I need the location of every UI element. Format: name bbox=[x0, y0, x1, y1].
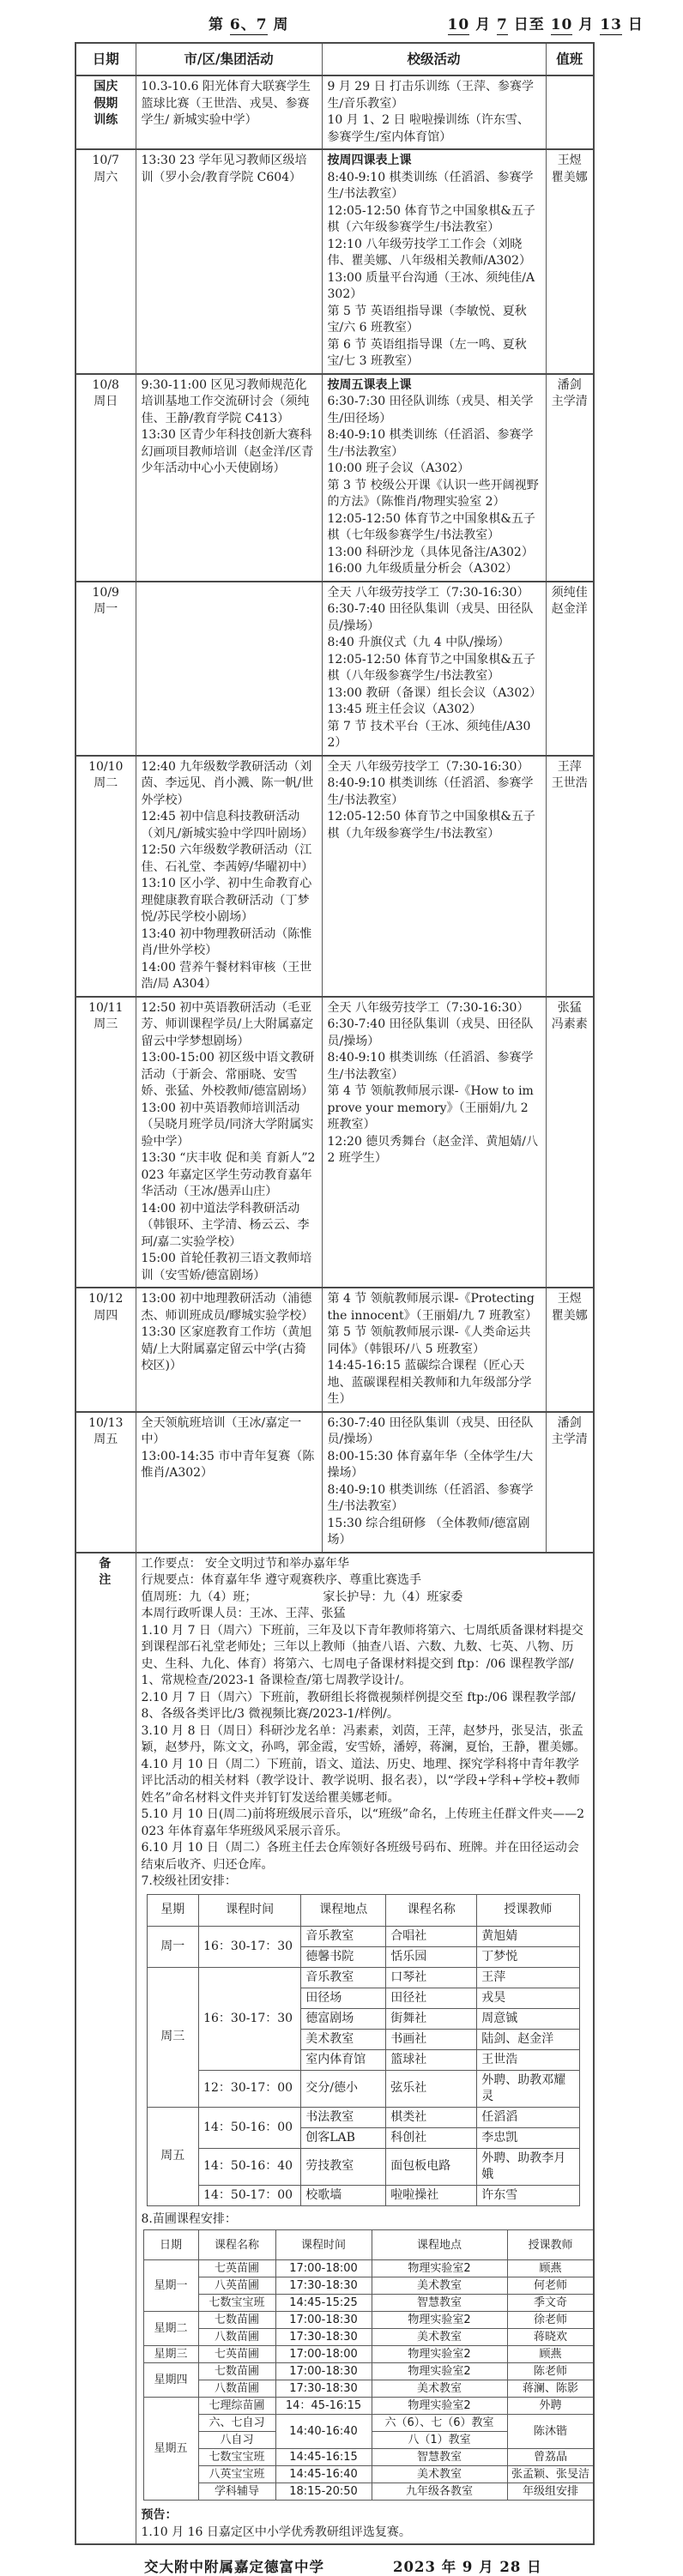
date-line: 10/10 bbox=[82, 759, 130, 776]
week-number-title: 第 6、7 周 bbox=[209, 12, 289, 33]
nursery-table-intro: 8.苗圃课程安排： bbox=[142, 2211, 589, 2229]
club-time-cell: 16：30-17：30 bbox=[199, 1967, 301, 2070]
activity-line: 13:30 23 学年见习教师区级培训（罗小会/教育学院 C604） bbox=[142, 153, 317, 186]
activity-line: 12:50 六年级数学教研活动（江佳、石礼堂、李茜婷/华曜初中） bbox=[142, 842, 317, 876]
club-teacher-cell: 许东雪 bbox=[477, 2185, 579, 2205]
title-text: 月 bbox=[572, 16, 600, 33]
date-cell: 10/11周三 bbox=[76, 997, 136, 1288]
club-place-cell: 交分/德小 bbox=[301, 2070, 386, 2107]
nursery-place-cell: 美术教室 bbox=[372, 2329, 507, 2346]
duty-name: 主学清 bbox=[552, 394, 589, 411]
note-meta-line: 值周班：九（4）班； 家长护导：九（4）班家委 bbox=[142, 1590, 589, 1607]
date-line: 10/13 bbox=[82, 1415, 130, 1433]
club-row: 周一16：30-17：30音乐教室合唱社黄旭婧 bbox=[147, 1926, 579, 1946]
activity-line: 全天 八年级劳技学工（7:30-16:30） bbox=[328, 585, 541, 602]
nursery-teacher-cell: 陈沐锴 bbox=[507, 2415, 594, 2449]
nursery-course-name-cell: 七数宝宝班 bbox=[198, 2449, 275, 2466]
duty-name: 王世浩 bbox=[552, 775, 589, 793]
nursery-teacher-cell: 外聘 bbox=[507, 2398, 594, 2415]
nursery-course-name-cell: 七理综苗圃 bbox=[198, 2398, 275, 2415]
nursery-row: 八数苗圃17:30-18:30美术教室蒋澜、陈影 bbox=[143, 2380, 594, 2398]
club-name-cell: 街舞社 bbox=[386, 2008, 477, 2029]
nursery-place-cell: 美术教室 bbox=[372, 2277, 507, 2295]
nursery-place-cell: 美术教室 bbox=[372, 2380, 507, 2398]
column-header: 课程名称 bbox=[386, 1894, 477, 1926]
club-teacher-cell: 任滔滔 bbox=[477, 2107, 579, 2127]
activity-line: 16:00 九年级质量分析会（A302） bbox=[328, 561, 541, 578]
nursery-teacher-cell: 顾燕 bbox=[507, 2346, 594, 2363]
date-line: 周五 bbox=[82, 1432, 130, 1449]
club-name-cell: 篮球社 bbox=[386, 2049, 477, 2070]
title-bar: 第 6、7 周 10 月 7 日至 10 月 13 日 bbox=[0, 12, 683, 33]
duty-name: 冯素素 bbox=[552, 1017, 589, 1034]
nursery-place-cell: 物理实验室2 bbox=[372, 2398, 507, 2415]
activity-line: 14:00 初中道法学科教研活动（韩银环、主学清、杨云云、李珂/嘉二实验学校） bbox=[142, 1201, 317, 1252]
school-activities-cell: 第 4 节 领航教师展示课-《Protecting the innocent》（… bbox=[322, 1288, 546, 1412]
activity-line: 第 6 节 英语组指导课（左一鸣、夏秋宝/七 3 班教室） bbox=[328, 337, 541, 371]
nursery-row: 星期三七英苗圃17:00-18:00物理实验室2顾燕 bbox=[143, 2346, 594, 2363]
club-time-cell: 14：50-17：00 bbox=[199, 2185, 301, 2205]
nursery-place-cell: 智慧教室 bbox=[372, 2295, 507, 2312]
activity-line: 第 7 节 技术平台（王冰、须纯佳/A302） bbox=[328, 719, 541, 752]
nursery-teacher-cell: 徐老师 bbox=[507, 2312, 594, 2329]
duty-name: 赵金洋 bbox=[552, 601, 589, 618]
date-cell: 10/8周日 bbox=[76, 374, 136, 582]
nursery-row: 学科辅导18:15-20:50九年级各教室年级组安排 bbox=[143, 2483, 594, 2501]
activity-line: 按周五课表上课 bbox=[328, 377, 541, 395]
activity-line: 按周四课表上课 bbox=[328, 153, 541, 170]
district-activities-cell: 13:00 初中地理教研活动（浦德杰、师训班成员/疁城实验学校）13:30 区家… bbox=[136, 1288, 322, 1412]
activity-line: 12:05-12:50 体育节之中国象棋&五子棋（六年级参赛学生/书法教室） bbox=[328, 203, 541, 237]
nursery-time-cell: 14:45-15:25 bbox=[275, 2295, 372, 2312]
nursery-place-cell: 物理实验室2 bbox=[372, 2260, 507, 2277]
date-line: 周四 bbox=[82, 1308, 130, 1325]
duty-name: 张猛 bbox=[552, 1000, 589, 1017]
activity-line: 全天 八年级劳技学工（7:30-16:30） bbox=[328, 759, 541, 776]
duty-name: 王萍 bbox=[552, 759, 589, 776]
nursery-place-cell: 九年级各教室 bbox=[372, 2483, 507, 2501]
nursery-time-cell: 14:45-16:40 bbox=[275, 2466, 372, 2483]
nursery-course-name-cell: 六、七自习 bbox=[198, 2415, 275, 2432]
club-teacher-cell: 外聘、助教邓耀灵 bbox=[477, 2070, 579, 2107]
district-activities-cell: 9:30-11:00 区见习教师规范化培训基地工作交流研讨会（须纯佳、王静/教育… bbox=[136, 374, 322, 582]
district-activities-cell: 12:40 九年级数学教研活动（刘茵、李远见、肖小溅、陈一帆/世外学校）12:4… bbox=[136, 756, 322, 997]
date-cell: 10/13周五 bbox=[76, 1412, 136, 1553]
activity-line: 13:30 区青少年科技创新大赛科幻画项目教师培训（赵金洋/区青少年活动中心小天… bbox=[142, 427, 317, 478]
issue-date: 2023 年 9 月 28 日 bbox=[393, 2555, 542, 2576]
nursery-day-cell: 星期二 bbox=[143, 2312, 198, 2346]
nursery-time-cell: 18:15-20:50 bbox=[275, 2483, 372, 2501]
nursery-place-cell: 美术教室 bbox=[372, 2466, 507, 2483]
activity-line: 15:00 首轮任教初三语文教师培训（安雪娇/德富剧场） bbox=[142, 1251, 317, 1284]
activity-line: 全天 八年级劳技学工（7:30-16:30） bbox=[328, 1000, 541, 1017]
club-place-cell: 田径场 bbox=[301, 1988, 386, 2008]
preview-line: 1.10 月 16 日嘉定区中小学优秀教研组评选复赛。 bbox=[142, 2525, 589, 2542]
duty-cell: 潘剑主学清 bbox=[546, 1412, 594, 1553]
duty-cell: 须纯佳赵金洋 bbox=[546, 582, 594, 756]
duty-name: 潘剑 bbox=[552, 377, 589, 395]
activity-line: 全天领航班培训（王冰/嘉定一中） bbox=[142, 1415, 317, 1449]
club-place-cell: 德富剧场 bbox=[301, 2008, 386, 2029]
school-activities-cell: 全天 八年级劳技学工（7:30-16:30）6:30-7:40 田径队集训（戎昊… bbox=[322, 997, 546, 1288]
nursery-course-name-cell: 八自习 bbox=[198, 2432, 275, 2449]
school-activities-cell: 按周五课表上课6:30-7:30 田径队训练（戎昊、相关学生/田径场）8:40-… bbox=[322, 374, 546, 582]
nursery-course-table: 日期课程名称课程时间课程地点授课教师星期一七英苗圃17:00-18:00物理实验… bbox=[143, 2229, 595, 2501]
activity-line: 第 5 节 英语组指导课（李敏悦、夏秋宝/六 6 班教室） bbox=[328, 304, 541, 337]
underlined-text: 10 bbox=[551, 16, 573, 35]
schedule-row: 国庆假期训练10.3-10.6 阳光体育大联赛学生篮球比赛（王世浩、戎昊、参赛学… bbox=[76, 75, 594, 149]
activity-line: 12:10 八年级劳技学工工作会（刘晓伟、瞿美娜、八年级相关教师/A302） bbox=[328, 237, 541, 270]
nursery-day-cell: 星期四 bbox=[143, 2363, 198, 2398]
club-row: 周三16：30-17：30音乐教室口琴社王萍 bbox=[147, 1967, 579, 1988]
district-activities-cell: 13:30 23 学年见习教师区级培训（罗小会/教育学院 C604） bbox=[136, 149, 322, 374]
notes-label-char: 备 bbox=[82, 1556, 130, 1573]
activity-line: 6:30-7:30 田径队训练（戎昊、相关学生/田径场） bbox=[328, 394, 541, 427]
nursery-course-name-cell: 八英宝宝班 bbox=[198, 2466, 275, 2483]
title-text: 日至 bbox=[508, 16, 551, 33]
note-meta-line: 行规要点：体育嘉年华 遵守观赛秩序、尊重比赛选手 bbox=[142, 1572, 589, 1590]
underlined-text: 13 bbox=[600, 16, 622, 35]
nursery-course-name-cell: 七英苗圃 bbox=[198, 2346, 275, 2363]
underlined-text: 7 bbox=[497, 16, 508, 35]
nursery-time-cell: 17:30-18:30 bbox=[275, 2329, 372, 2346]
date-line: 周三 bbox=[82, 1017, 130, 1034]
footer: 交大附中附属嘉定德富中学 2023 年 9 月 28 日 bbox=[0, 2555, 683, 2576]
school-activities-cell: 6:30-7:40 田径队集训（戎昊、田径队员/操场）8:00-15:30 体育… bbox=[322, 1412, 546, 1553]
school-activities-cell: 全天 八年级劳技学工（7:30-16:30）6:30-7:40 田径队集训（戎昊… bbox=[322, 582, 546, 756]
nursery-time-cell: 14:45-16:15 bbox=[275, 2449, 372, 2466]
date-line: 周日 bbox=[82, 394, 130, 411]
weekly-schedule-table: 日期市/区/集团活动校级活动值班国庆假期训练10.3-10.6 阳光体育大联赛学… bbox=[75, 42, 595, 2545]
activity-line: 6:30-7:40 田径队集训（戎昊、田径队员/操场） bbox=[328, 601, 541, 635]
schedule-row: 10/12周四13:00 初中地理教研活动（浦德杰、师训班成员/疁城实验学校）1… bbox=[76, 1288, 594, 1412]
note-item-line: 4.10 月 10 日（周二）下班前，语文、道法、历史、地理、探究学科将中青年教… bbox=[142, 1757, 589, 1807]
date-line: 周一 bbox=[82, 601, 130, 618]
nursery-place-cell: 八（1）教室 bbox=[372, 2432, 507, 2449]
activity-line: 13:00 初中地理教研活动（浦德杰、师训班成员/疁城实验学校） bbox=[142, 1291, 317, 1324]
note-item-line: 3.10 月 8 日（周日）科研沙龙名单：冯素素，刘茵，王萍，赵梦丹，张旻洁，张… bbox=[142, 1723, 589, 1757]
column-header: 市/区/集团活动 bbox=[136, 43, 322, 75]
club-day-cell: 周三 bbox=[147, 1967, 199, 2107]
club-name-cell: 恬乐园 bbox=[386, 1946, 477, 1967]
club-name-cell: 棋类社 bbox=[386, 2107, 477, 2127]
activity-line: 14:45-16:15 蓝碳综合课程（匠心天地、蓝碳课程相关教师和九年级部分学生… bbox=[328, 1358, 541, 1409]
club-name-cell: 口琴社 bbox=[386, 1967, 477, 1988]
activity-line: 13:00 初中英语教师培训活动（吴晓月班学员/同济大学附属实验中学） bbox=[142, 1101, 317, 1151]
club-day-cell: 周五 bbox=[147, 2107, 199, 2205]
activity-line: 14:00 营养午餐材料审核（王世浩/局 A304） bbox=[142, 960, 317, 993]
notes-label-char: 注 bbox=[82, 1572, 130, 1590]
note-meta-line: 本周行政听课人员：王冰、王萍、张猛 bbox=[142, 1606, 589, 1623]
notes-label-cell: 备注 bbox=[76, 1553, 136, 2545]
nursery-day-cell: 星期一 bbox=[143, 2260, 198, 2312]
club-place-cell: 美术教室 bbox=[301, 2029, 386, 2049]
club-name-cell: 面包板电路 bbox=[386, 2148, 477, 2185]
activity-line: 10:00 班子会议（A302） bbox=[328, 461, 541, 478]
club-teacher-cell: 黄旭婧 bbox=[477, 1926, 579, 1946]
club-teacher-cell: 戎昊 bbox=[477, 1988, 579, 2008]
nursery-course-name-cell: 八数苗圃 bbox=[198, 2380, 275, 2398]
school-name: 交大附中附属嘉定德富中学 bbox=[144, 2555, 324, 2576]
date-cell: 10/7周六 bbox=[76, 149, 136, 374]
schedule-row: 10/10周二12:40 九年级数学教研活动（刘茵、李远见、肖小溅、陈一帆/世外… bbox=[76, 756, 594, 997]
schedule-row: 10/11周三12:50 初中英语教研活动（毛亚芳、师训课程学员/上大附属嘉定留… bbox=[76, 997, 594, 1288]
activity-line: 13:00-15:00 初区级中语文教研活动（于新会、常丽晓、安雪娇、张猛、外校… bbox=[142, 1050, 317, 1101]
club-table-intro: 7.校级社团安排： bbox=[142, 1873, 589, 1891]
activity-line: 第 3 节 校级公开课《认识一些开阔视野的方法》（陈惟肖/物理实验室 2） bbox=[328, 478, 541, 511]
activity-line: 第 4 节 领航教师展示课-《How to improve your memor… bbox=[328, 1083, 541, 1134]
club-schedule-table: 星期课程时间课程地点课程名称授课教师周一16：30-17：30音乐教室合唱社黄旭… bbox=[147, 1894, 580, 2206]
activity-line: 10.3-10.6 阳光体育大联赛学生篮球比赛（王世浩、戎昊、参赛学生/ 新城实… bbox=[142, 79, 317, 130]
nursery-place-cell: 智慧教室 bbox=[372, 2449, 507, 2466]
column-header: 课程名称 bbox=[198, 2230, 275, 2260]
activity-line: 13:30 区家庭教育工作坊（黄旭婧/上大附属嘉定留云中学(古猗校区)） bbox=[142, 1324, 317, 1375]
duty-name: 潘剑 bbox=[552, 1415, 589, 1433]
activity-line: 8:40-9:10 棋类训练（任滔滔、参赛学生/书法教室） bbox=[328, 427, 541, 461]
activity-line: 12:40 九年级数学教研活动（刘茵、李远见、肖小溅、陈一帆/世外学校） bbox=[142, 759, 317, 810]
title-text: 月 bbox=[469, 16, 497, 33]
nursery-day-cell: 星期五 bbox=[143, 2398, 198, 2501]
column-header: 课程地点 bbox=[301, 1894, 386, 1926]
note-item-line: 1.10 月 7 日（周六）下班前，三年及以下青年教师将第六、七周纸质备课材料提… bbox=[142, 1623, 589, 1690]
nursery-place-cell: 六（6）、七（6）教室 bbox=[372, 2415, 507, 2432]
note-item-line: 6.10 月 10 日（周二）各班主任去仓库领好各班级号码布、班牌。并在田径运动… bbox=[142, 1840, 589, 1873]
schedule-row: 10/8周日9:30-11:00 区见习教师规范化培训基地工作交流研讨会（须纯佳… bbox=[76, 374, 594, 582]
nursery-time-cell: 17:00-18:30 bbox=[275, 2312, 372, 2329]
note-meta-line: 工作要点： 安全文明过节和举办嘉年华 bbox=[142, 1556, 589, 1573]
nursery-row: 星期五七理综苗圃14：45-16:15物理实验室2外聘 bbox=[143, 2398, 594, 2415]
activity-line: 第 4 节 领航教师展示课-《Protecting the innocent》（… bbox=[328, 1291, 541, 1324]
activity-line: 8:40-9:10 棋类训练（任滔滔、参赛学生/书法教室） bbox=[328, 1050, 541, 1083]
column-header: 授课教师 bbox=[507, 2230, 594, 2260]
duty-name: 王煜 bbox=[552, 153, 589, 170]
activity-line: 12:05-12:50 体育节之中国象棋&五子棋（八年级参赛学生/书法教室） bbox=[328, 652, 541, 685]
activity-line: 8:40 升旗仪式（九 4 中队/操场） bbox=[328, 635, 541, 652]
nursery-course-name-cell: 七英苗圃 bbox=[198, 2260, 275, 2277]
nursery-row: 星期一七英苗圃17:00-18:00物理实验室2顾燕 bbox=[143, 2260, 594, 2277]
nursery-teacher-cell: 顾燕 bbox=[507, 2260, 594, 2277]
activity-line: 12:45 初中信息科技教研活动（刘凡/新城实验中学四叶剧场） bbox=[142, 809, 317, 842]
column-header: 课程时间 bbox=[199, 1894, 301, 1926]
activity-line: 12:05-12:50 体育节之中国象棋&五子棋（七年级参赛学生/书法教室） bbox=[328, 511, 541, 545]
duty-cell: 张猛冯素素 bbox=[546, 997, 594, 1288]
school-activities-cell: 全天 八年级劳技学工（7:30-16:30）8:40-9:10 棋类训练（任滔滔… bbox=[322, 756, 546, 997]
district-activities-cell: 全天领航班培训（王冰/嘉定一中）13:00-14:35 市中青年复赛（陈惟肖/A… bbox=[136, 1412, 322, 1553]
club-teacher-cell: 周意铖 bbox=[477, 2008, 579, 2029]
club-place-cell: 书法教室 bbox=[301, 2107, 386, 2127]
nursery-course-name-cell: 八数苗圃 bbox=[198, 2329, 275, 2346]
nursery-time-cell: 17:00-18:30 bbox=[275, 2363, 372, 2380]
nursery-time-cell: 14：45-16:15 bbox=[275, 2398, 372, 2415]
schedule-row: 10/13周五全天领航班培训（王冰/嘉定一中）13:00-14:35 市中青年复… bbox=[76, 1412, 594, 1553]
nursery-table-header-row: 日期课程名称课程时间课程地点授课教师 bbox=[143, 2230, 594, 2260]
weekly-schedule-page: 第 6、7 周 10 月 7 日至 10 月 13 日 日期市/区/集团活动校级… bbox=[0, 0, 683, 2576]
activity-line: 10 月 1、2 日 啦啦操训练（许东雪、参赛学生/室内体育馆） bbox=[328, 112, 541, 146]
club-teacher-cell: 外聘、助教李月娥 bbox=[477, 2148, 579, 2185]
duty-name: 瞿美娜 bbox=[552, 170, 589, 187]
nursery-teacher-cell: 蒋澜、陈影 bbox=[507, 2380, 594, 2398]
nursery-time-cell: 14:40-16:40 bbox=[275, 2415, 372, 2449]
duty-cell: 潘剑主学清 bbox=[546, 374, 594, 582]
nursery-teacher-cell: 蒋晓欢 bbox=[507, 2329, 594, 2346]
district-activities-cell bbox=[136, 582, 322, 756]
column-header: 日期 bbox=[76, 43, 136, 75]
club-day-cell: 周一 bbox=[147, 1926, 199, 1967]
nursery-course-name-cell: 七数苗圃 bbox=[198, 2363, 275, 2380]
nursery-row: 星期二七数苗圃17:00-18:30物理实验室2徐老师 bbox=[143, 2312, 594, 2329]
club-teacher-cell: 陆剑、赵金洋 bbox=[477, 2029, 579, 2049]
nursery-row: 七数宝宝班14:45-16:15智慧教室曾荔晶 bbox=[143, 2449, 594, 2466]
duty-name: 王煜 bbox=[552, 1291, 589, 1308]
activity-line: 9:30-11:00 区见习教师规范化培训基地工作交流研讨会（须纯佳、王静/教育… bbox=[142, 377, 317, 428]
nursery-row: 八英宝宝班14:45-16:40美术教室张孟颖、张旻洁 bbox=[143, 2466, 594, 2483]
nursery-row: 八数苗圃17:30-18:30美术教室蒋晓欢 bbox=[143, 2329, 594, 2346]
column-header: 校级活动 bbox=[322, 43, 546, 75]
activity-line: 13:00 教研（备课）组长会议（A302） bbox=[328, 685, 541, 703]
nursery-teacher-cell: 陈老师 bbox=[507, 2363, 594, 2380]
club-row: 12：30-17：00交分/德小弦乐社外聘、助教邓耀灵 bbox=[147, 2070, 579, 2107]
activity-line: 8:40-9:10 棋类训练（任滔滔、参赛学生/书法教室） bbox=[328, 170, 541, 203]
duty-cell: 王萍王世浩 bbox=[546, 756, 594, 997]
underlined-text: 10 bbox=[448, 16, 470, 35]
date-line: 10/7 bbox=[82, 153, 130, 170]
date-line: 国庆 bbox=[82, 79, 130, 96]
title-text: 第 bbox=[209, 16, 230, 33]
club-name-cell: 合唱社 bbox=[386, 1926, 477, 1946]
club-row: 14：50-16：40劳技教室面包板电路外聘、助教李月娥 bbox=[147, 2148, 579, 2185]
nursery-course-name-cell: 七数苗圃 bbox=[198, 2312, 275, 2329]
date-cell: 国庆假期训练 bbox=[76, 75, 136, 149]
nursery-teacher-cell: 何老师 bbox=[507, 2277, 594, 2295]
activity-line: 8:40-9:10 棋类训练（任滔滔、参赛学生/书法教室） bbox=[328, 775, 541, 809]
club-place-cell: 音乐教室 bbox=[301, 1926, 386, 1946]
activity-line: 第 5 节 领航教师展示课-《人类命运共同体》（韩银环/八 5 班教室） bbox=[328, 1324, 541, 1358]
underlined-text: 6、7 bbox=[230, 16, 268, 35]
club-teacher-cell: 丁梦悦 bbox=[477, 1946, 579, 1967]
schedule-row: 10/9周一全天 八年级劳技学工（7:30-16:30）6:30-7:40 田径… bbox=[76, 582, 594, 756]
activity-line: 13:45 班主任会议（A302） bbox=[328, 702, 541, 719]
activity-line: 8:40-9:10 棋类训练（任滔滔、参赛学生/书法教室） bbox=[328, 1482, 541, 1516]
activity-line: 6:30-7:40 田径队集训（戎昊、田径队员/操场） bbox=[328, 1415, 541, 1449]
duty-cell: 王煜瞿美娜 bbox=[546, 149, 594, 374]
club-place-cell: 德馨书院 bbox=[301, 1946, 386, 1967]
activity-line: 13:40 初中物理教研活动（陈惟肖/世外学校） bbox=[142, 926, 317, 960]
club-name-cell: 书画社 bbox=[386, 2029, 477, 2049]
duty-name: 须纯佳 bbox=[552, 585, 589, 602]
nursery-place-cell: 物理实验室2 bbox=[372, 2312, 507, 2329]
nursery-place-cell: 物理实验室2 bbox=[372, 2346, 507, 2363]
activity-line: 15:30 综合组研修 （全体教师/德富剧场） bbox=[328, 1516, 541, 1549]
activity-line: 12:05-12:50 体育节之中国象棋&五子棋（九年级参赛学生/书法教室） bbox=[328, 809, 541, 842]
nursery-course-name-cell: 学科辅导 bbox=[198, 2483, 275, 2501]
duty-cell: 王煜瞿美娜 bbox=[546, 1288, 594, 1412]
activity-line: 13:10 区小学、初中生命教育心理健康教育联合教研活动（丁梦悦/苏民学校小剧场… bbox=[142, 876, 317, 926]
duty-cell bbox=[546, 75, 594, 149]
nursery-course-name-cell: 八英苗圃 bbox=[198, 2277, 275, 2295]
club-place-cell: 劳技教室 bbox=[301, 2148, 386, 2185]
main-table-header-row: 日期市/区/集团活动校级活动值班 bbox=[76, 43, 594, 75]
district-activities-cell: 12:50 初中英语教研活动（毛亚芳、师训课程学员/上大附属嘉定留云中学梦想剧场… bbox=[136, 997, 322, 1288]
nursery-time-cell: 17:00-18:00 bbox=[275, 2346, 372, 2363]
date-cell: 10/10周二 bbox=[76, 756, 136, 997]
district-activities-cell: 10.3-10.6 阳光体育大联赛学生篮球比赛（王世浩、戎昊、参赛学生/ 新城实… bbox=[136, 75, 322, 149]
club-name-cell: 啦啦操社 bbox=[386, 2185, 477, 2205]
column-header: 值班 bbox=[546, 43, 594, 75]
date-line: 假期 bbox=[82, 96, 130, 113]
activity-line: 13:00 质量平台沟通（王冰、须纯佳/A302） bbox=[328, 270, 541, 304]
nursery-row: 六、七自习14:40-16:40六（6）、七（6）教室陈沐锴 bbox=[143, 2415, 594, 2432]
nursery-row: 七数宝宝班14:45-15:25智慧教室季文奇 bbox=[143, 2295, 594, 2312]
school-activities-cell: 按周四课表上课8:40-9:10 棋类训练（任滔滔、参赛学生/书法教室）12:0… bbox=[322, 149, 546, 374]
column-header: 课程地点 bbox=[372, 2230, 507, 2260]
club-place-cell: 校歌墙 bbox=[301, 2185, 386, 2205]
note-item-line: 5.10 月 10 日(周二)前将班级展示音乐，以“班级”命名，上传班主任群文件… bbox=[142, 1807, 589, 1840]
nursery-day-cell: 星期三 bbox=[143, 2346, 198, 2363]
club-name-cell: 弦乐社 bbox=[386, 2070, 477, 2107]
column-header: 日期 bbox=[143, 2230, 198, 2260]
date-line: 10/9 bbox=[82, 585, 130, 602]
column-header: 星期 bbox=[147, 1894, 199, 1926]
club-name-cell: 科创社 bbox=[386, 2127, 477, 2148]
date-cell: 10/12周四 bbox=[76, 1288, 136, 1412]
schedule-row: 10/7周六13:30 23 学年见习教师区级培训（罗小会/教育学院 C604）… bbox=[76, 149, 594, 374]
activity-line: 12:20 德贝秀舞台（赵金洋、黄旭婧/八 2 班学生） bbox=[328, 1134, 541, 1167]
notes-row: 备注工作要点： 安全文明过节和举办嘉年华行规要点：体育嘉年华 遵守观赛秩序、尊重… bbox=[76, 1553, 594, 2545]
activity-line: 13:00-14:35 市中青年复赛（陈惟肖/A302） bbox=[142, 1449, 317, 1482]
club-place-cell: 室内体育馆 bbox=[301, 2049, 386, 2070]
column-header: 课程时间 bbox=[275, 2230, 372, 2260]
club-table-header-row: 星期课程时间课程地点课程名称授课教师 bbox=[147, 1894, 579, 1926]
nursery-time-cell: 17:30-18:30 bbox=[275, 2380, 372, 2398]
activity-line: 6:30-7:40 田径队集训（戎昊、田径队员/操场） bbox=[328, 1017, 541, 1050]
date-line: 周六 bbox=[82, 170, 130, 187]
activity-line: 12:50 初中英语教研活动（毛亚芳、师训课程学员/上大附属嘉定留云中学梦想剧场… bbox=[142, 1000, 317, 1051]
date-line: 训练 bbox=[82, 112, 130, 130]
club-teacher-cell: 王萍 bbox=[477, 1967, 579, 1988]
duty-name: 瞿美娜 bbox=[552, 1308, 589, 1325]
preview-label: 预告： bbox=[142, 2507, 589, 2525]
notes-content-cell: 工作要点： 安全文明过节和举办嘉年华行规要点：体育嘉年华 遵守观赛秩序、尊重比赛… bbox=[136, 1553, 594, 2545]
nursery-row: 星期四七数苗圃17:00-18:30物理实验室2陈老师 bbox=[143, 2363, 594, 2380]
date-range-title: 10 月 7 日至 10 月 13 日 bbox=[448, 12, 644, 33]
note-item-line: 2.10 月 7 日（周六）下班前，教研组长将微视频样例提交至 ftp:/06 … bbox=[142, 1690, 589, 1723]
nursery-teacher-cell: 季文奇 bbox=[507, 2295, 594, 2312]
date-cell: 10/9周一 bbox=[76, 582, 136, 756]
club-name-cell: 田径社 bbox=[386, 1988, 477, 2008]
club-time-cell: 14：50-16：40 bbox=[199, 2148, 301, 2185]
duty-name: 主学清 bbox=[552, 1432, 589, 1449]
column-header: 授课教师 bbox=[477, 1894, 579, 1926]
activity-line: 13:30 “庆丰收 促和美 育新人”2023 年嘉定区学生劳动教育嘉年华活动（… bbox=[142, 1150, 317, 1201]
club-row: 周五14：50-16：00书法教室棋类社任滔滔 bbox=[147, 2107, 579, 2127]
title-text: 日 bbox=[622, 16, 644, 33]
nursery-row: 八英苗圃17:30-18:30美术教室何老师 bbox=[143, 2277, 594, 2295]
club-place-cell: 音乐教室 bbox=[301, 1967, 386, 1988]
nursery-course-name-cell: 七数宝宝班 bbox=[198, 2295, 275, 2312]
date-line: 周二 bbox=[82, 775, 130, 793]
activity-line: 13:00 科研沙龙（具体见备注/A302） bbox=[328, 545, 541, 562]
title-text: 周 bbox=[268, 16, 289, 33]
nursery-time-cell: 17:00-18:00 bbox=[275, 2260, 372, 2277]
club-teacher-cell: 李忠凯 bbox=[477, 2127, 579, 2148]
nursery-time-cell: 17:30-18:30 bbox=[275, 2277, 372, 2295]
activity-line: 8:00-15:30 体育嘉年华（全体学生/大操场） bbox=[328, 1449, 541, 1482]
date-line: 10/12 bbox=[82, 1291, 130, 1308]
nursery-teacher-cell: 张孟颖、张旻洁 bbox=[507, 2466, 594, 2483]
date-line: 10/11 bbox=[82, 1000, 130, 1017]
club-place-cell: 创客LAB bbox=[301, 2127, 386, 2148]
school-activities-cell: 9 月 29 日 打击乐训练（王萍、参赛学生/音乐教室）10 月 1、2 日 啦… bbox=[322, 75, 546, 149]
